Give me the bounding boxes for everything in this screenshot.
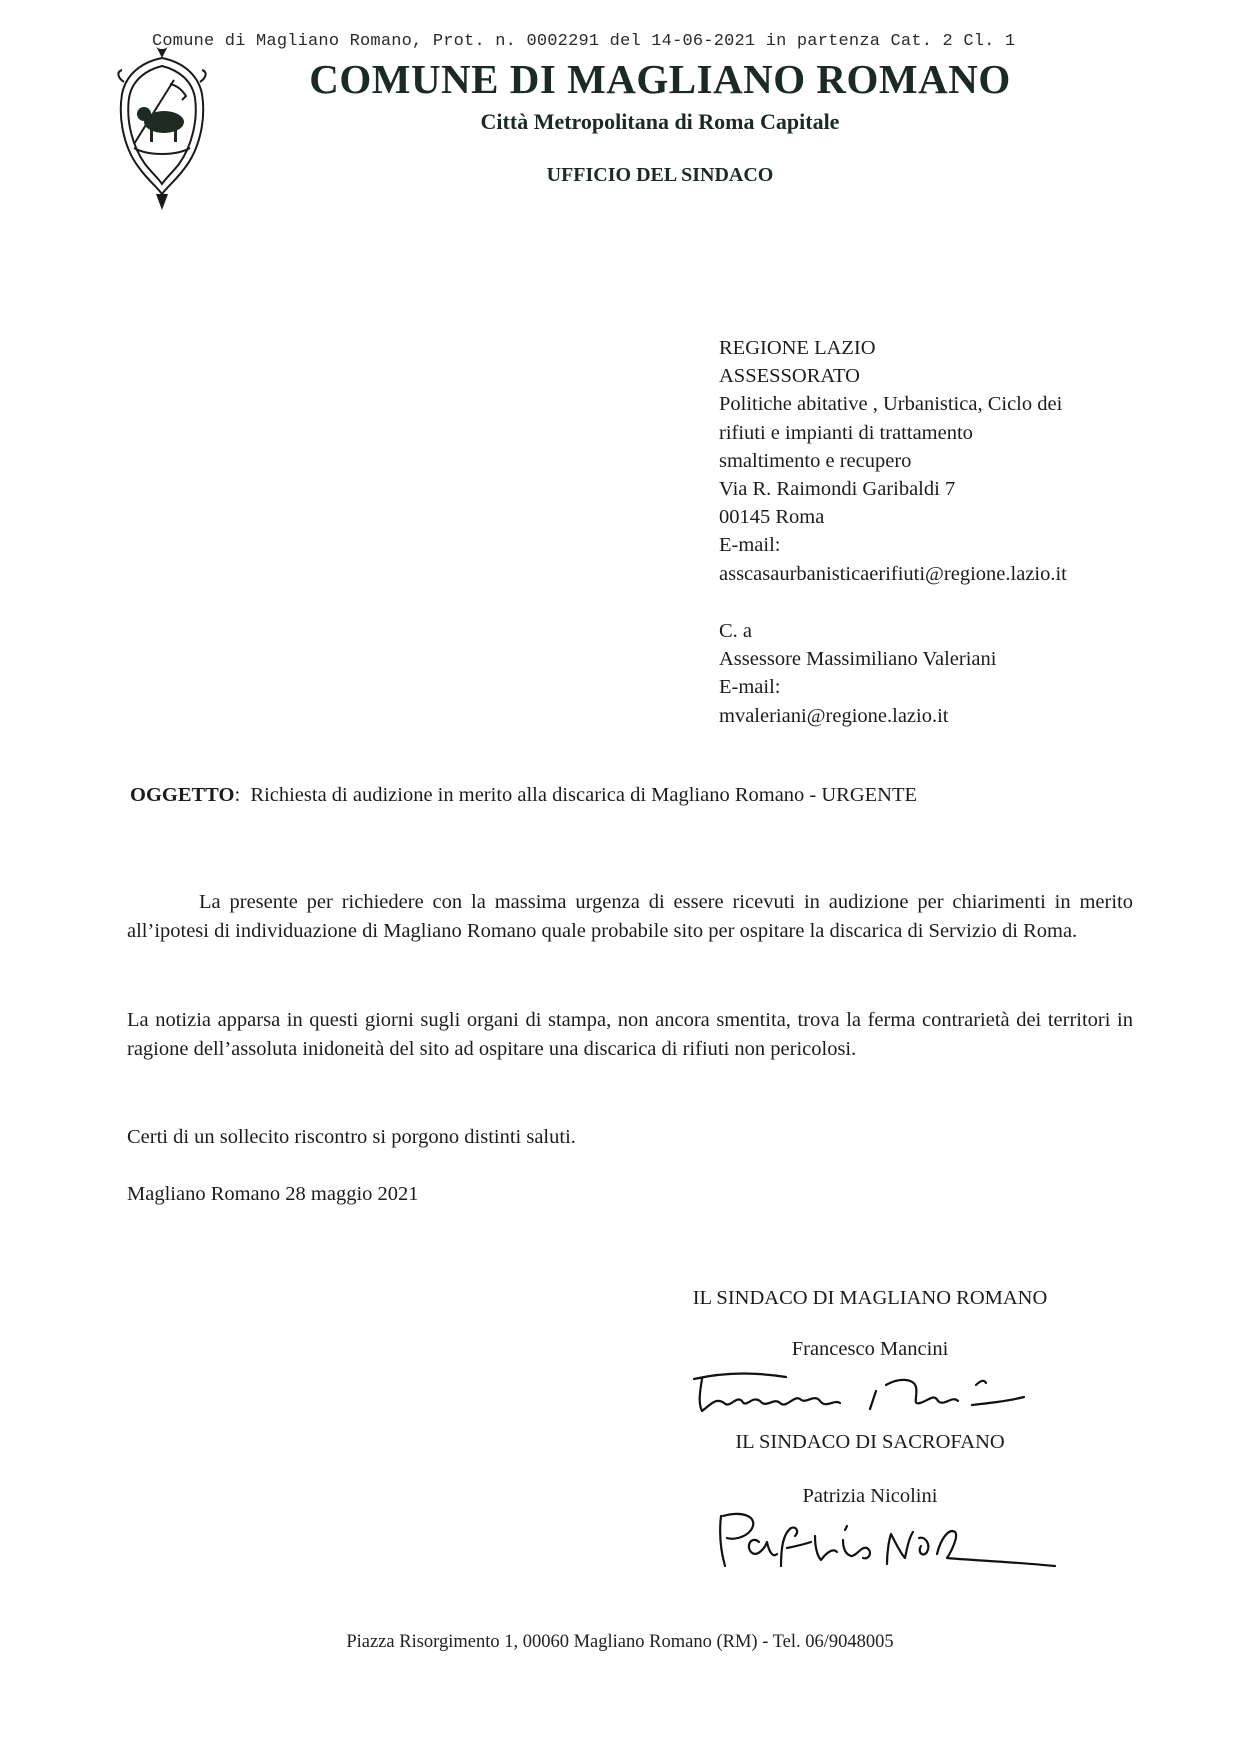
recipient-line: Via R. Raimondi Garibaldi 7 [719, 475, 1067, 503]
coat-of-arms-icon [112, 44, 212, 216]
handwritten-signature-icon [690, 1365, 1030, 1421]
signatory-name: Patrizia Nicolini [640, 1485, 1100, 1508]
subject-label: OGGETTO [130, 784, 234, 806]
closing-paragraph: Certi di un sollecito riscontro si porgo… [127, 1123, 1133, 1152]
cc-line: E-mail: [719, 673, 996, 701]
protocol-stamp: Comune di Magliano Romano, Prot. n. 0002… [152, 32, 1015, 51]
signatory-name: Francesco Mancini [640, 1338, 1100, 1361]
recipient-line: 00145 Roma [719, 503, 1067, 531]
cc-address: C. a Assessore Massimiliano Valeriani E-… [719, 617, 996, 730]
recipient-line: REGIONE LAZIO [719, 334, 1067, 362]
place-date: Magliano Romano 28 maggio 2021 [127, 1180, 1133, 1209]
cc-line: Assessore Massimiliano Valeriani [719, 645, 996, 673]
recipient-line: E-mail: [719, 531, 1067, 559]
recipient-line: ASSESSORATO [719, 362, 1067, 390]
body-paragraph: La notizia apparsa in questi giorni sugl… [127, 1006, 1133, 1064]
subject-line: OGGETTO: Richiesta di audizione in merit… [130, 784, 917, 807]
body-paragraph: La presente per richiedere con la massim… [127, 888, 1133, 946]
cc-email[interactable]: mvaleriani@regione.lazio.it [719, 702, 996, 730]
signatory-title: IL SINDACO DI SACROFANO [640, 1431, 1100, 1454]
recipient-line: rifiuti e impianti di trattamento [719, 419, 1067, 447]
recipient-address: REGIONE LAZIO ASSESSORATO Politiche abit… [719, 334, 1067, 588]
recipient-line: Politiche abitative , Urbanistica, Ciclo… [719, 390, 1067, 418]
subject-text: Richiesta di audizione in merito alla di… [250, 784, 917, 806]
recipient-line: smaltimento e recupero [719, 447, 1067, 475]
subject-colon: : [234, 784, 250, 806]
recipient-email[interactable]: asscasaurbanisticaerifiuti@regione.lazio… [719, 560, 1067, 588]
footer-address: Piazza Risorgimento 1, 00060 Magliano Ro… [0, 1632, 1240, 1653]
cc-line: C. a [719, 617, 996, 645]
handwritten-signature-icon [715, 1508, 1060, 1573]
signatory-title: IL SINDACO DI MAGLIANO ROMANO [640, 1287, 1100, 1310]
